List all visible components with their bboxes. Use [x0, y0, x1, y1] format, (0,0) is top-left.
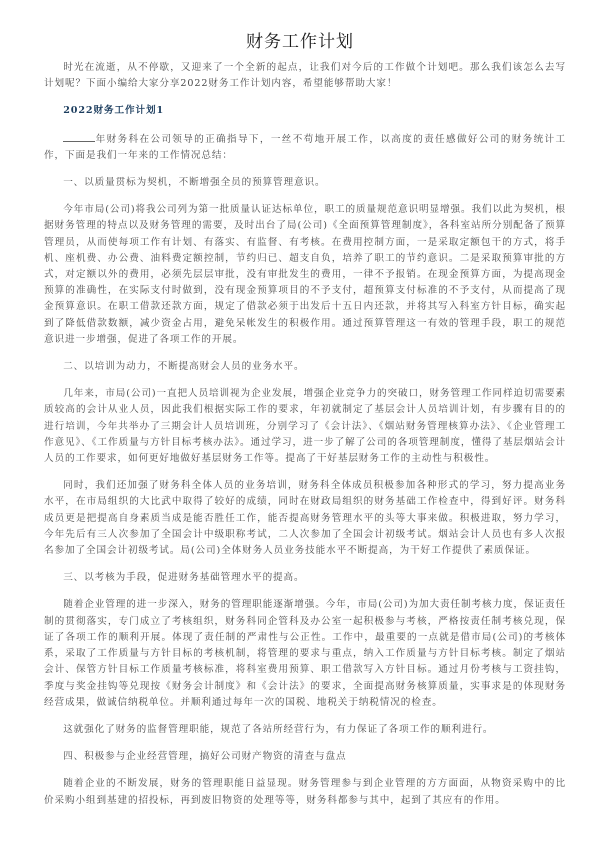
document-title: 财务工作计划 — [0, 27, 600, 52]
opening-paragraph: 年财务科在公司领导的正确指导下，一丝不苟地开展工作，以高度的责任感做好公司的财务… — [44, 131, 566, 164]
document-page: 财务工作计划 时光在流逝，从不停歇，又迎来了一个全新的起点，让我们对今后的工作做… — [0, 0, 600, 849]
section-heading-2: 二、以培训为动力，不断提高财会人员的业务水平。 — [44, 359, 566, 375]
section-1-paragraph-1: 今年市局(公司)将我公司列为第一批质量认证达标单位，职工的质量规范意识明显增强。… — [44, 202, 566, 348]
section-4-paragraph-1: 随着企业的不断发展，财务的管理职能日益显现。财务管理参与到企业管理的方方面面，从… — [44, 776, 566, 808]
section-2-paragraph-1: 几年来，市局(公司)一直把人员培训视为企业发展，增强企业竞争力的突破口，财务管理… — [44, 386, 566, 467]
document-body: 时光在流逝，从不停歇，又迎来了一个全新的起点，让我们对今后的工作做个计划吧。那么… — [44, 60, 566, 820]
blank-year-field — [63, 131, 95, 142]
plan-subheading: 2022财务工作计划1 — [44, 103, 566, 119]
section-heading-1: 一、以质量贯标为契机，不断增强全员的预算管理意识。 — [44, 175, 566, 191]
intro-paragraph: 时光在流逝，从不停歇，又迎来了一个全新的起点，让我们对今后的工作做个计划吧。那么… — [44, 60, 566, 92]
section-2-paragraph-2: 同时，我们还加强了财务科全体人员的业务培训，财务科全体成员积极参加各种形式的学习… — [44, 478, 566, 559]
section-3-paragraph-2: 这就强化了财务的监督管理职能，规范了各站所经营行为，有力保证了各项工作的顺利进行… — [44, 722, 566, 738]
section-3-paragraph-1: 随着企业管理的进一步深入，财务的管理职能逐渐增强。今年，市局(公司)为加大责任制… — [44, 597, 566, 710]
section-heading-4: 四、积极参与企业经营管理，搞好公司财产物资的清查与盘点 — [44, 749, 566, 765]
opening-text: 年财务科在公司领导的正确指导下，一丝不苟地开展工作，以高度的责任感做好公司的财务… — [44, 134, 566, 161]
section-heading-3: 三、以考核为手段，促进财务基础管理水平的提高。 — [44, 570, 566, 586]
